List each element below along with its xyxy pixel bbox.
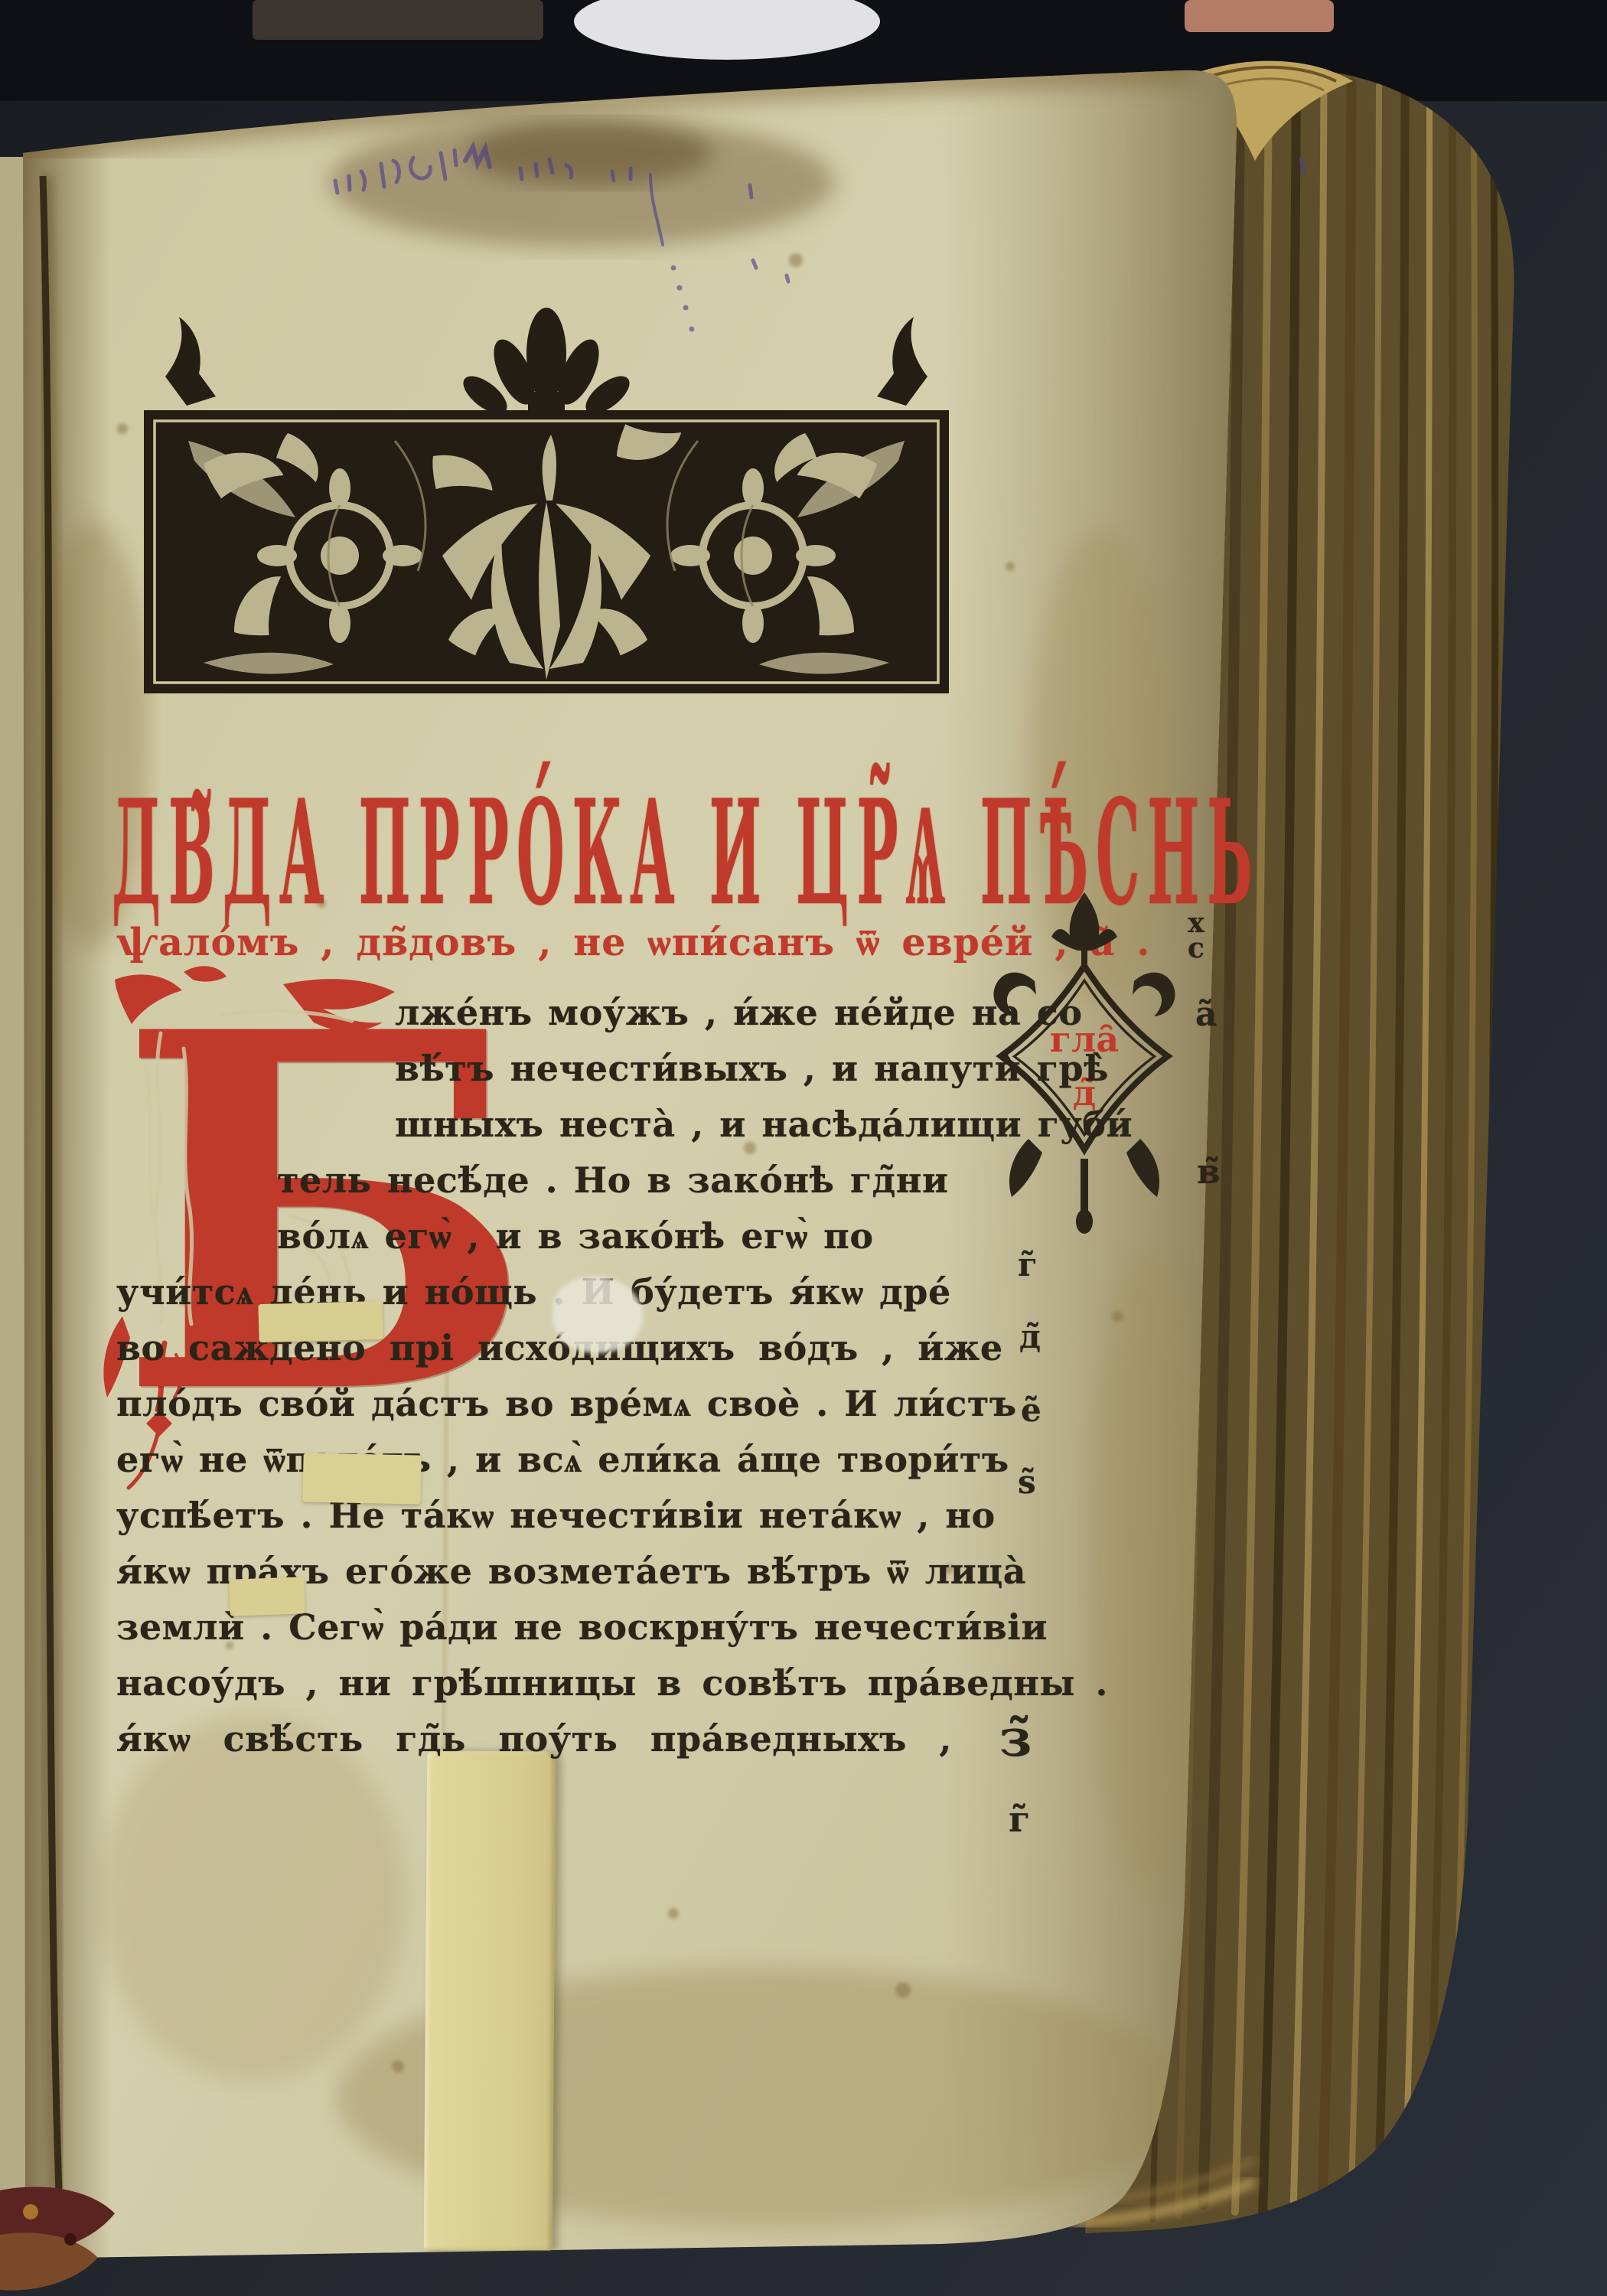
body-line-5: во́лѧ егѡ̀ , и в зако́нѣ егѡ̀ по <box>277 1215 874 1257</box>
headpiece-ornament <box>142 303 950 701</box>
verse-number-3: г̃ <box>1018 1246 1038 1283</box>
body-line-2: вѣ́тъ нечести́выхъ , и напутѝ грѣ̀ <box>395 1048 1109 1089</box>
body-line-4: тель несѣ́де . Но в зако́нѣ гд̃ни <box>277 1159 949 1201</box>
repair-strip <box>424 1750 556 2250</box>
repair-patch-3 <box>229 1577 305 1616</box>
verse-number-1: а̃ <box>1195 995 1217 1034</box>
body-line-10: успѣ́етъ . Не та́кѡ нечести́віи нета́кѡ … <box>116 1495 996 1536</box>
body-line-14: я́кѡ свѣ́сть гд̃ь поу́ть пра́ведныхъ , <box>116 1718 952 1760</box>
body-line-13: насоу́дъ , ни грѣ́шницы в совѣ́тъ пра́ве… <box>116 1662 1108 1704</box>
repair-patch-1 <box>258 1301 383 1342</box>
body-line-3: шныхъ неста̀ , и насѣда́лищи губи́ <box>395 1104 1133 1145</box>
vyaz-title: ДВ̃ДА ПРРО́КА И ЦР̃Ѧ ПѢ́СНЬ <box>112 767 1137 912</box>
verse-number-5: е̃ <box>1021 1391 1041 1429</box>
quire-signature: г̃ <box>1009 1799 1030 1840</box>
verse-number-2: в̃ <box>1197 1153 1221 1192</box>
white-smudge-patch <box>553 1277 643 1353</box>
body-line-8: пло́дъ сво́й да́стъ во вре́мѧ своѐ . И л… <box>116 1383 1017 1424</box>
verse-number-large: з̃ <box>999 1708 1032 1768</box>
body-line-9: егѡ̀ не ѿпаде́тъ , и всѧ̀ ели́ка а́ще тв… <box>116 1439 1009 1480</box>
cartouche-tulip <box>1051 892 1117 951</box>
background-brown-object <box>253 0 543 40</box>
body-line-6: учи́тсѧ де́нь и но́щь . И бу́детъ я́кѡ д… <box>116 1271 951 1313</box>
margin-stih-mark: х с <box>1188 911 1204 961</box>
photo-of-old-psalter: ДВ̃ДА ПРРО́КА И ЦР̃Ѧ ПѢ́СНЬ ѱало́мъ , дв… <box>0 0 1607 2296</box>
repair-patch-2 <box>302 1453 421 1504</box>
body-line-1: лже́нъ моу́жъ , и́же не́йде на со <box>395 992 1083 1033</box>
background-salmon-object <box>1185 0 1334 32</box>
verse-number-4: д̃ <box>1019 1318 1041 1355</box>
verse-number-6: ѕ̃ <box>1018 1463 1036 1501</box>
